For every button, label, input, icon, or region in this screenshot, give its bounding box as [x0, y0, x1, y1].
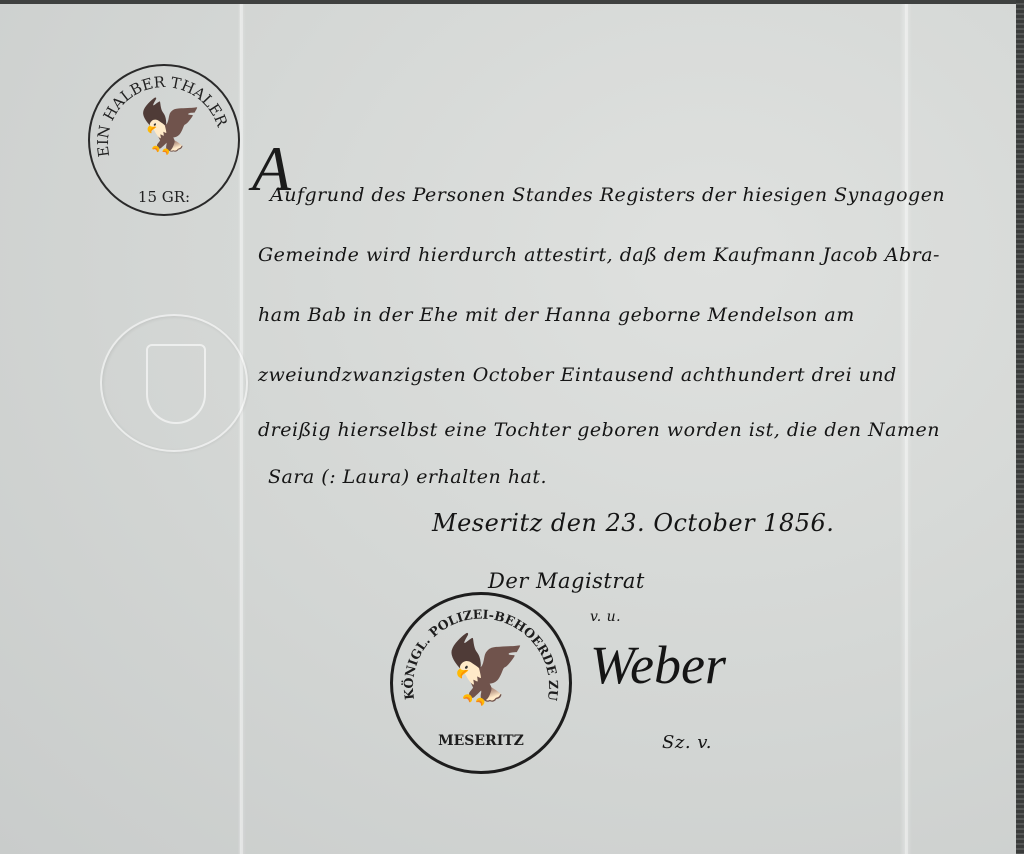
- document-paper: EIN HALBER THALER 15 GR: 🦅 A Aufgrund de…: [0, 4, 1016, 854]
- issuer-abbrev: v. u.: [590, 609, 621, 625]
- police-stamp: KÖNIGL. POLIZEI-BEHOERDE ZU 🦅 MESERITZ: [390, 592, 572, 774]
- signature-suffix: Sz. v.: [662, 732, 712, 753]
- text-line: Aufgrund des Personen Standes Registers …: [270, 184, 945, 206]
- tax-stamp: EIN HALBER THALER 15 GR: 🦅: [88, 64, 240, 216]
- text-line: dreißig hierselbst eine Tochter geboren …: [258, 419, 940, 441]
- paper-fold: [240, 4, 243, 854]
- issuer: Der Magistrat: [488, 569, 645, 593]
- eagle-icon: 🦅: [445, 631, 527, 709]
- embossed-seal: [100, 314, 248, 452]
- text-line: zweiundzwanzigsten October Eintausend ac…: [258, 364, 897, 386]
- crest-icon: [146, 344, 206, 424]
- background-edge: [1016, 0, 1024, 854]
- tax-stamp-value: 15 GR:: [138, 188, 190, 206]
- place-date: Meseritz den 23. October 1856.: [432, 509, 834, 537]
- text-line: Sara (: Laura) erhalten hat.: [268, 466, 547, 488]
- police-stamp-city: MESERITZ: [393, 733, 569, 749]
- eagle-icon: 🦅: [138, 96, 203, 157]
- text-line: Gemeinde wird hierdurch attestirt, daß d…: [258, 244, 940, 266]
- signature: Weber: [590, 634, 726, 696]
- text-line: ham Bab in der Ehe mit der Hanna geborne…: [258, 304, 855, 326]
